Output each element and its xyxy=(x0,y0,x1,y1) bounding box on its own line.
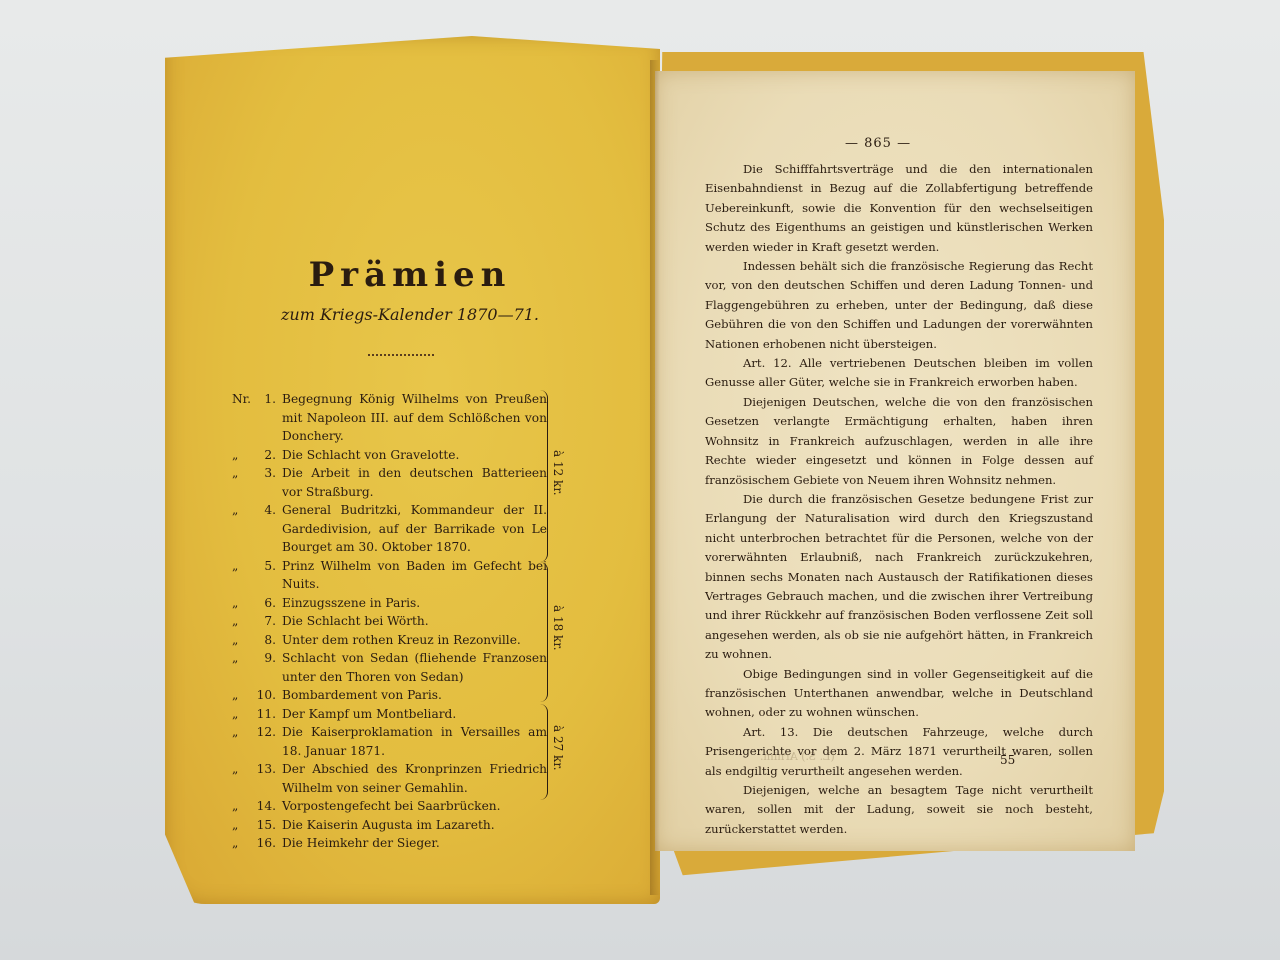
list-item: „11.Der Kampf um Montbeliard. xyxy=(232,705,547,724)
bleed-through-text: (L. S.) Arnim. xyxy=(760,750,835,763)
paragraph: Obige Bedingungen sind in voller Gegense… xyxy=(705,665,1093,723)
list-item: „13.Der Abschied des Kronprinzen Friedri… xyxy=(232,760,547,797)
page-number: — 865 — xyxy=(845,136,911,151)
list-item: „8.Unter dem rothen Kreuz in Rezonville. xyxy=(232,631,547,650)
list-item: „2.Die Schlacht von Gravelotte. xyxy=(232,446,547,465)
paragraph: Die Schifffahrtsverträge und die den int… xyxy=(705,160,1093,257)
book-gutter xyxy=(650,60,660,895)
price-label: à 27 kr. xyxy=(551,725,565,771)
paragraph: Art. 12. Alle vertriebenen Deutschen ble… xyxy=(705,354,1093,393)
page-title: Prämien xyxy=(260,255,560,295)
treaty-text: Die Schifffahrtsverträge und die den int… xyxy=(705,160,1093,839)
signature-number: 55 xyxy=(1000,753,1015,767)
list-item: „7.Die Schlacht bei Wörth. xyxy=(232,612,547,631)
paragraph: Indessen behält sich die französische Re… xyxy=(705,257,1093,354)
price-bracket xyxy=(540,390,548,562)
paragraph: Die durch die französischen Gesetze bedu… xyxy=(705,490,1093,665)
list-item: „9.Schlacht von Sedan (fliehende Franzos… xyxy=(232,649,547,686)
list-item: „16.Die Heimkehr der Sieger. xyxy=(232,834,547,853)
list-item: „15.Die Kaiserin Augusta im Lazareth. xyxy=(232,816,547,835)
price-bracket xyxy=(540,704,548,800)
list-item: „5.Prinz Wilhelm von Baden im Gefecht be… xyxy=(232,557,547,594)
paragraph: Diejenigen, welche an besagtem Tage nich… xyxy=(705,781,1093,839)
list-item: „3.Die Arbeit in den deutschen Batteriee… xyxy=(232,464,547,501)
premium-list: Nr.1.Begegnung König Wilhelms von Preuße… xyxy=(232,390,547,853)
list-item: „12.Die Kaiserproklamation in Versailles… xyxy=(232,723,547,760)
paragraph: Diejenigen Deutschen, welche die von den… xyxy=(705,393,1093,490)
price-bracket xyxy=(540,562,548,702)
page-subtitle: zum Kriegs-Kalender 1870—71. xyxy=(240,305,580,324)
list-item: „14.Vorpostengefecht bei Saarbrücken. xyxy=(232,797,547,816)
list-item: „4.General Budritzki, Kommandeur der II.… xyxy=(232,501,547,557)
price-label: à 18 kr. xyxy=(551,605,565,651)
price-label: à 12 kr. xyxy=(551,450,565,496)
list-item: „6.Einzugsszene in Paris. xyxy=(232,594,547,613)
list-item: Nr.1.Begegnung König Wilhelms von Preuße… xyxy=(232,390,547,446)
ornament-divider xyxy=(368,352,434,356)
list-item: „10.Bombardement von Paris. xyxy=(232,686,547,705)
